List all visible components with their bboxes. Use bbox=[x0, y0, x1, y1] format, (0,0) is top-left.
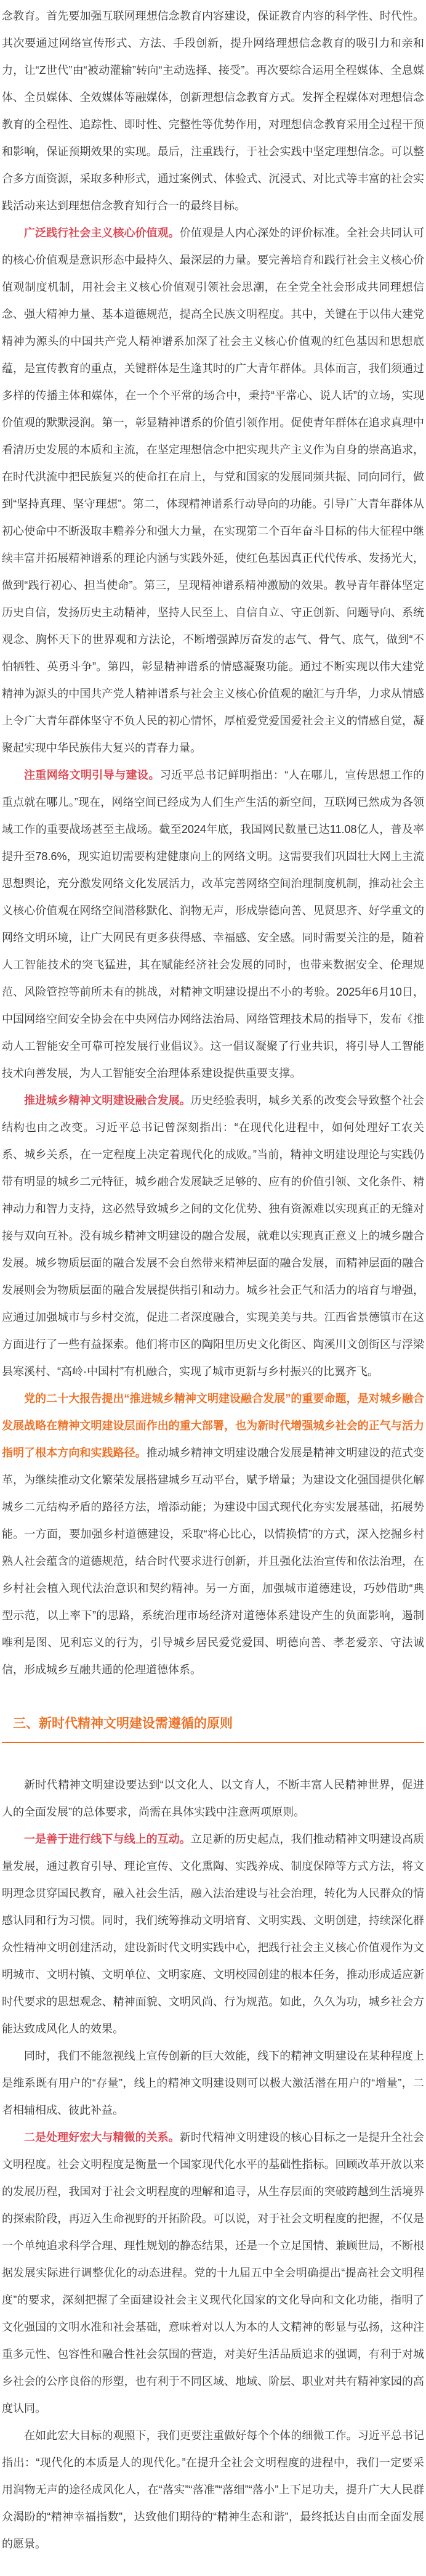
paragraph-text: 历史经验表明，城乡关系的改变会导致整个社会结构也由之改变。习近平总书记曾深刻指出… bbox=[2, 1094, 424, 1378]
paragraph-lead: 注重网络文明引导与建设。 bbox=[24, 769, 160, 781]
paragraph: 在如此宏大目标的观照下，我们更要注重做好每个个体的细微工作。习近平总书记指出：“… bbox=[2, 2422, 424, 2558]
paragraph: 一是善于进行线下与线上的互动。立足新的历史起点，我们推动精神文明建设高质量发展，… bbox=[2, 1826, 424, 2042]
paragraph: 注重网络文明引导与建设。习近平总书记鲜明指出：“人在哪儿，宣传思想工作的重点就在… bbox=[2, 762, 424, 1087]
paragraph: 二是处理好宏大与精微的关系。新时代精神文明建设的核心目标之一是提升全社会文明程度… bbox=[2, 2124, 424, 2422]
paragraph: 新时代精神文明建设要达到“以文化人、以文育人，不断丰富人民精神世界，促进人的全面… bbox=[2, 1771, 424, 1826]
paragraph: 广泛践行社会主义核心价值观。价值观是人内心深处的评价标准。全社会共同认可的核心价… bbox=[2, 219, 424, 762]
paragraph-text: 新时代精神文明建设要达到“以文化人、以文育人，不断丰富人民精神世界，促进人的全面… bbox=[2, 1779, 424, 1818]
paragraph-text: 立足新的历史起点，我们推动精神文明建设高质量发展，通过教育引导、理论宣传、文化熏… bbox=[2, 1833, 424, 2035]
section-heading: 三、新时代精神文明建设需遵循的原则 bbox=[2, 1715, 424, 1743]
paragraph: 党的二十大报告提出“推进城乡精神文明建设融合发展”的重要命题，是对城乡融合发展战… bbox=[2, 1385, 424, 1683]
paragraph-text: 同时，我们不能忽视线上宣传创新的巨大效能，线下的精神文明建设在某种程度上是维系既… bbox=[2, 2050, 424, 2116]
paragraph-text: 推动城乡精神文明建设融合发展是精神文明建设的范式变革，为继续推动文化繁荣发展搭建… bbox=[2, 1447, 424, 1676]
article: 念教育。首先要加强互联网理想信念教育内容建设，保证教育内容的科学性、时代性。其次… bbox=[0, 0, 426, 2576]
paragraph: 念教育。首先要加强互联网理想信念教育内容建设，保证教育内容的科学性、时代性。其次… bbox=[2, 2, 424, 219]
paragraph-text: 习近平总书记鲜明指出：“人在哪儿，宣传思想工作的重点就在哪儿。”现在，网络空间已… bbox=[2, 769, 424, 1079]
paragraph-lead: 推进城乡精神文明建设融合发展。 bbox=[24, 1094, 191, 1107]
paragraph: 同时，我们不能忽视线上宣传创新的巨大效能，线下的精神文明建设在某种程度上是维系既… bbox=[2, 2042, 424, 2124]
paragraph-lead: 二是处理好宏大与精微的关系。 bbox=[24, 2131, 180, 2143]
paragraph-lead: 一是善于进行线下与线上的互动。 bbox=[24, 1833, 191, 1845]
paragraph-lead: 广泛践行社会主义核心价值观。 bbox=[24, 227, 180, 239]
paragraph: 推进城乡精神文明建设融合发展。历史经验表明，城乡关系的改变会导致整个社会结构也由… bbox=[2, 1087, 424, 1385]
paragraph-text: 念教育。首先要加强互联网理想信念教育内容建设，保证教育内容的科学性、时代性。其次… bbox=[2, 10, 424, 212]
paragraph-text: 在如此宏大目标的观照下，我们更要注重做好每个个体的细微工作。习近平总书记指出：“… bbox=[2, 2429, 424, 2550]
article-body: 念教育。首先要加强互联网理想信念教育内容建设，保证教育内容的科学性、时代性。其次… bbox=[2, 2, 424, 2558]
paragraph-text: 价值观是人内心深处的评价标准。全社会共同认可的核心价值观是意识形态中最持久、最深… bbox=[2, 227, 424, 754]
paragraph-text: 新时代精神文明建设的核心目标之一是提升全社会文明程度。社会文明程度是衡量一个国家… bbox=[2, 2131, 424, 2415]
